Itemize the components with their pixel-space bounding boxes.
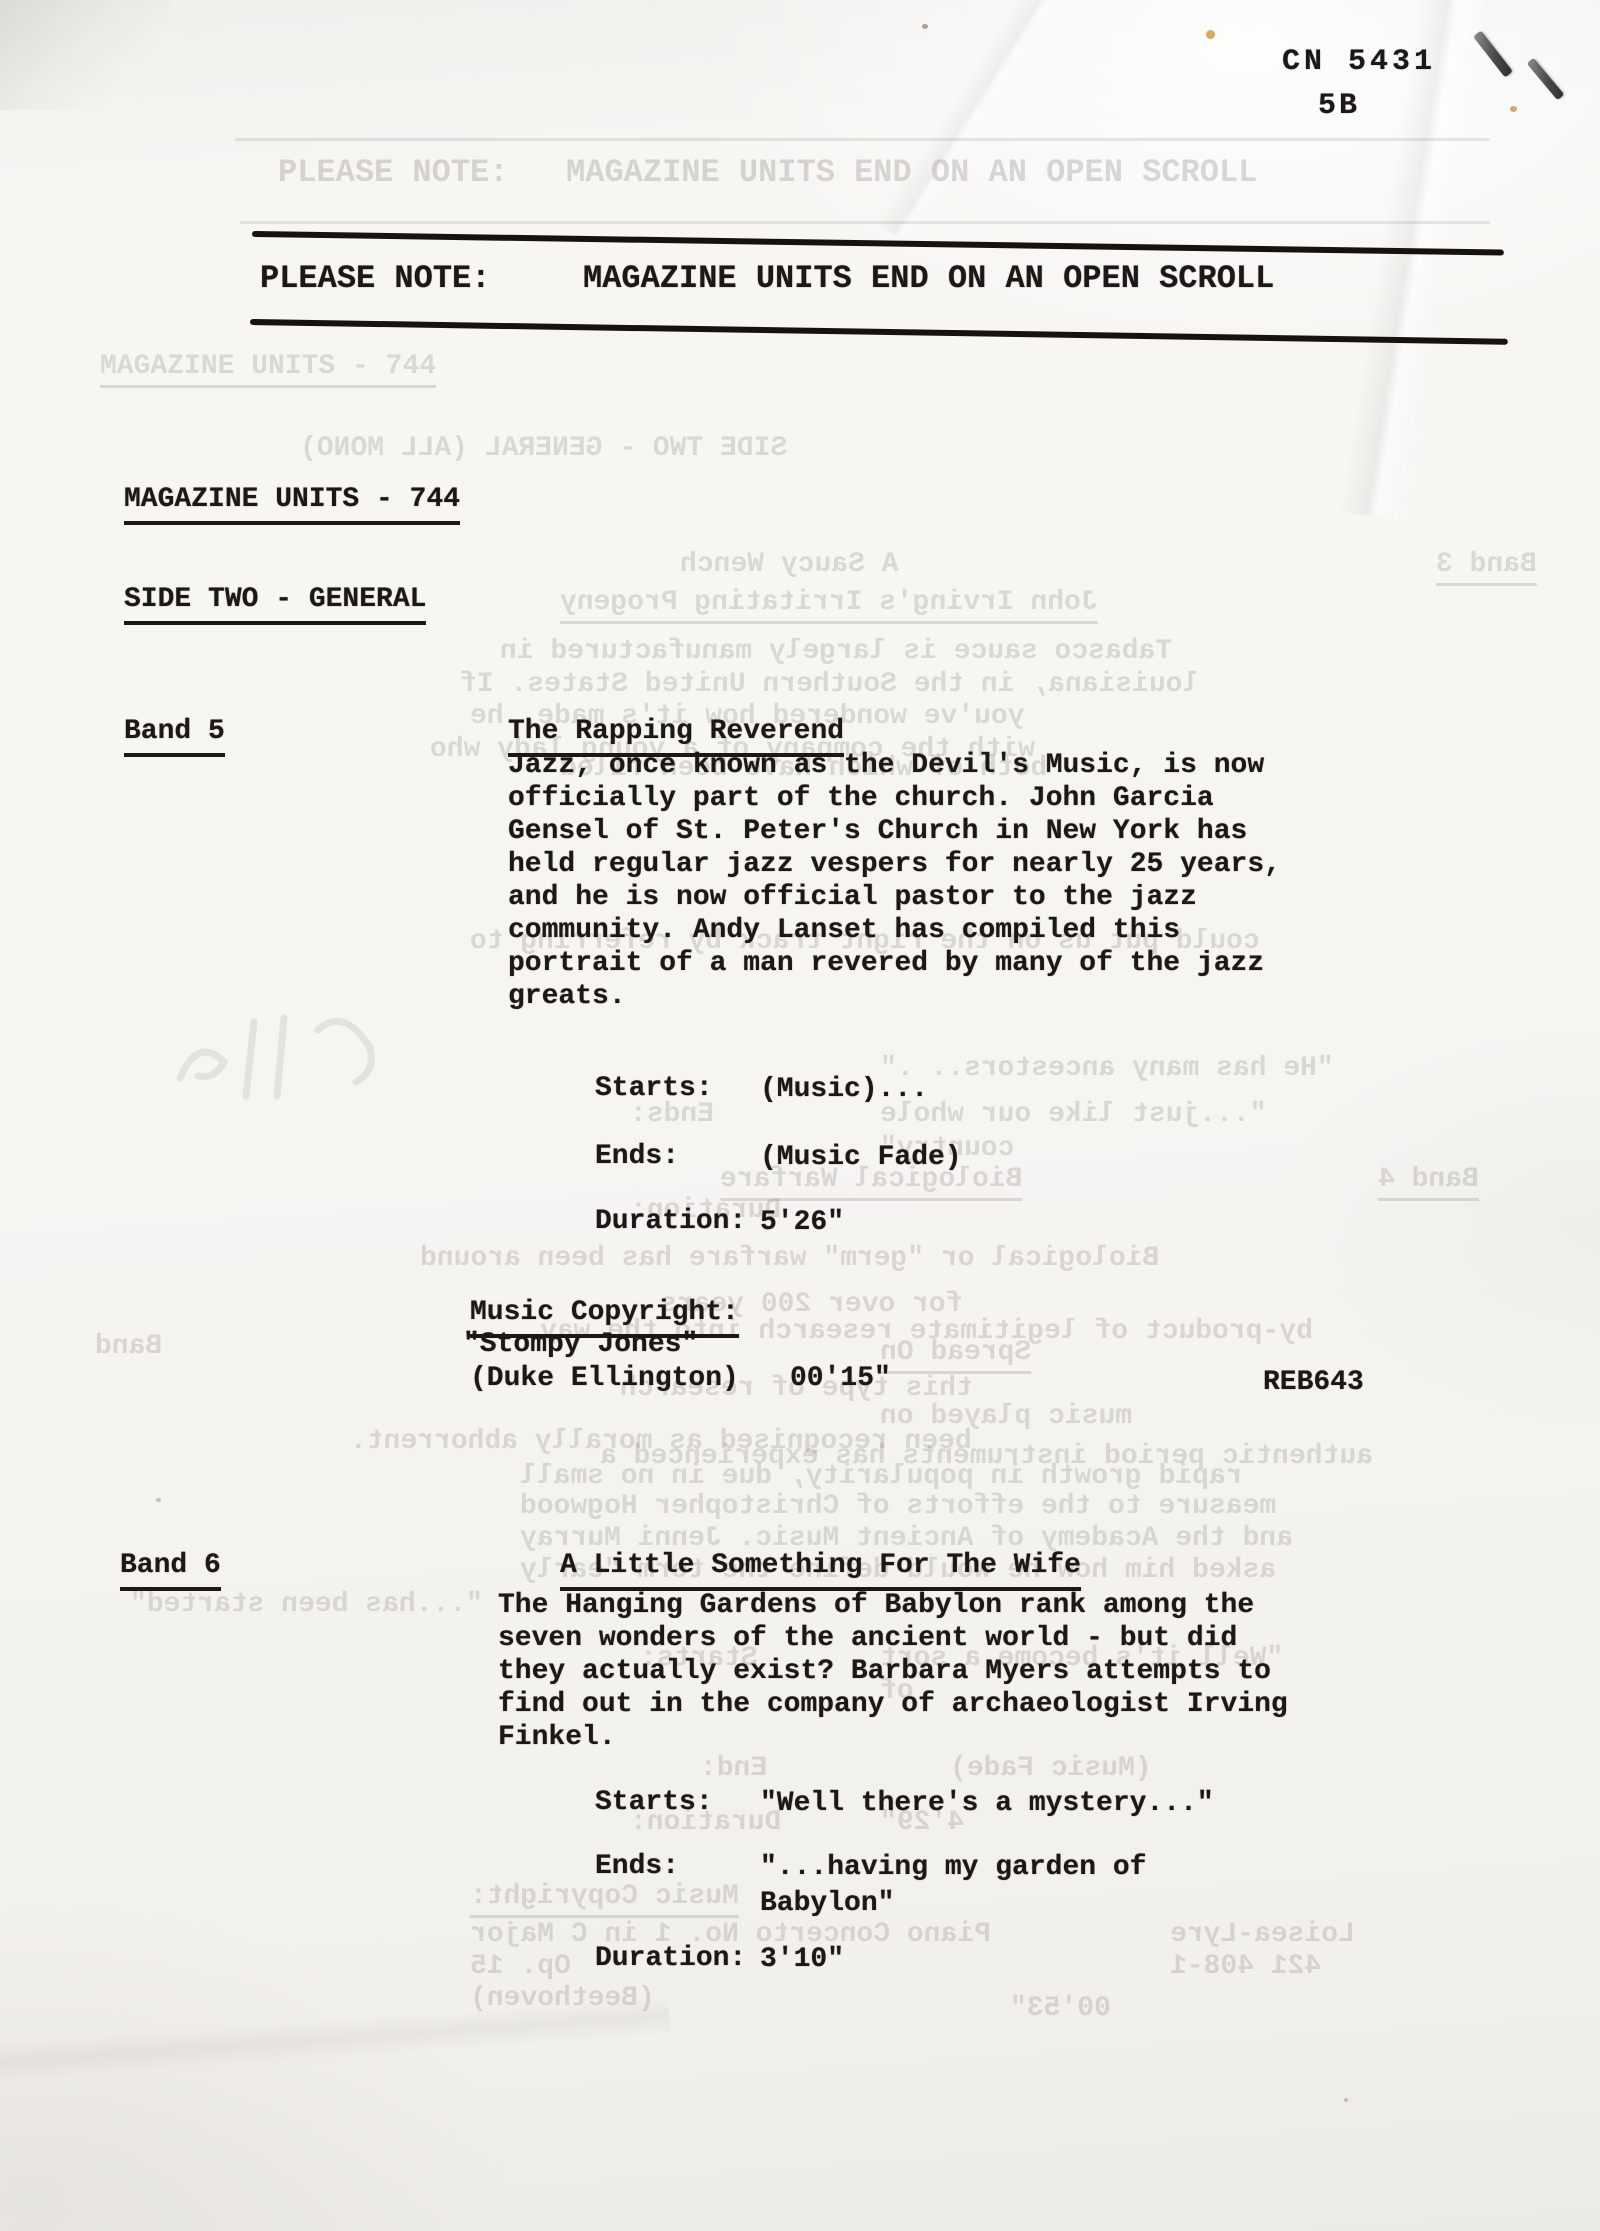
- band-5-music-duration: 00'15": [790, 1362, 891, 1395]
- document-title-text: MAGAZINE UNITS - 744: [124, 483, 460, 525]
- band-5-starts-row: Starts: (Music)...: [595, 1072, 928, 1108]
- paper-speck: [1206, 30, 1215, 39]
- duration-label: Duration:: [595, 1942, 760, 1978]
- bleedthrough-text: Spread On: [880, 1336, 1031, 1374]
- band-5-title: The Rapping Reverend: [508, 682, 844, 757]
- bleedthrough-text: John Irving's Irritating Progeny: [560, 586, 1098, 624]
- bleedthrough-text: A Saucy Wench: [680, 548, 898, 581]
- ends-value: (Music Fade): [760, 1140, 962, 1176]
- notice-label: PLEASE NOTE:: [260, 262, 490, 295]
- band-5-label: Band 5: [124, 682, 225, 757]
- bleedthrough-rule: [240, 221, 1490, 224]
- bleedthrough-text: "...just like our whole: [880, 1098, 1266, 1131]
- scanned-document-page: PLEASE NOTE: MAGAZINE UNITS END ON AN OP…: [0, 0, 1600, 2231]
- notice-message: MAGAZINE UNITS END ON AN OPEN SCROLL: [583, 262, 1274, 295]
- bleedthrough-text: rapid growth in popularity, due in no sm…: [520, 1460, 1243, 1493]
- page-code: 5B: [1318, 90, 1360, 123]
- bleedthrough-text: 421 408-1: [1170, 1950, 1321, 1983]
- band-6-duration-row: Duration: 3'10": [595, 1942, 844, 1978]
- starts-value: (Music)...: [760, 1072, 928, 1108]
- reference-number: CN 5431: [1282, 46, 1436, 79]
- paper-speck: [156, 1498, 161, 1502]
- bleedthrough-text: "...has been started": [130, 1588, 483, 1621]
- ends-value: "...having my garden of Babylon": [760, 1850, 1146, 1922]
- band-6-description: The Hanging Gardens of Babylon rank amon…: [498, 1589, 1328, 1754]
- paper-speck: [922, 24, 928, 29]
- bleedthrough-text: 00'53": [1010, 1992, 1111, 2025]
- band-5-ends-row: Ends: (Music Fade): [595, 1140, 962, 1176]
- band-5-music-title: "Stompy Jones": [463, 1328, 698, 1361]
- bleedthrough-rule: [235, 138, 1490, 141]
- ends-label: Ends:: [595, 1140, 760, 1176]
- bleedthrough-text: Band 3: [1436, 548, 1537, 586]
- bleedthrough-text: Band: [95, 1330, 162, 1363]
- band-5-duration-row: Duration: 5'26": [595, 1205, 844, 1241]
- bleedthrough-text: MAGAZINE UNITS - 744: [100, 350, 436, 388]
- band-5-music-copyright-heading: Music Copyright:: [470, 1263, 739, 1338]
- starts-label: Starts:: [595, 1072, 760, 1108]
- starts-value: "Well there's a mystery...": [760, 1786, 1214, 1822]
- bleedthrough-text: PLEASE NOTE: MAGAZINE UNITS END ON AN OP…: [278, 156, 1257, 189]
- band-5-description: Jazz, once known as the Devil's Music, i…: [508, 749, 1318, 1013]
- document-subtitle-text: SIDE TWO - GENERAL: [124, 583, 426, 625]
- ends-label: Ends:: [595, 1850, 760, 1922]
- bleedthrough-text: Op. 15: [470, 1950, 571, 1983]
- bleedthrough-text: "He has many ancestors.. .": [880, 1052, 1334, 1085]
- duration-value: 5'26": [760, 1205, 844, 1241]
- pencil-squiggle: [168, 1000, 398, 1110]
- band-6-starts-row: Starts: "Well there's a mystery...": [595, 1786, 1214, 1822]
- document-title: MAGAZINE UNITS - 744: [124, 450, 460, 525]
- bleedthrough-text: (Music Fade): [950, 1752, 1152, 1785]
- starts-label: Starts:: [595, 1786, 760, 1822]
- band-6-title: A Little Something For The Wife: [560, 1516, 1081, 1591]
- duration-value: 3'10": [760, 1942, 844, 1978]
- bleedthrough-text: Loisea-Lyre: [1170, 1918, 1355, 1951]
- bleedthrough-text: Band 4: [1378, 1163, 1479, 1201]
- document-subtitle: SIDE TWO - GENERAL: [124, 550, 426, 625]
- band-6-ends-row: Ends: "...having my garden of Babylon": [595, 1850, 1146, 1922]
- band-6-label: Band 6: [120, 1516, 221, 1591]
- paper-speck: [1344, 2098, 1348, 2102]
- bleedthrough-text: (Beethoven): [470, 1982, 655, 2015]
- paper-speck: [1510, 106, 1517, 112]
- bleedthrough-text: End:: [700, 1752, 767, 1785]
- bleedthrough-text: Tabasco sauce is largely manufactured in: [500, 635, 1172, 668]
- band-5-catalogue-number: REB643: [1263, 1366, 1364, 1399]
- band-5-music-composer: (Duke Ellington): [470, 1362, 739, 1395]
- duration-label: Duration:: [595, 1205, 760, 1241]
